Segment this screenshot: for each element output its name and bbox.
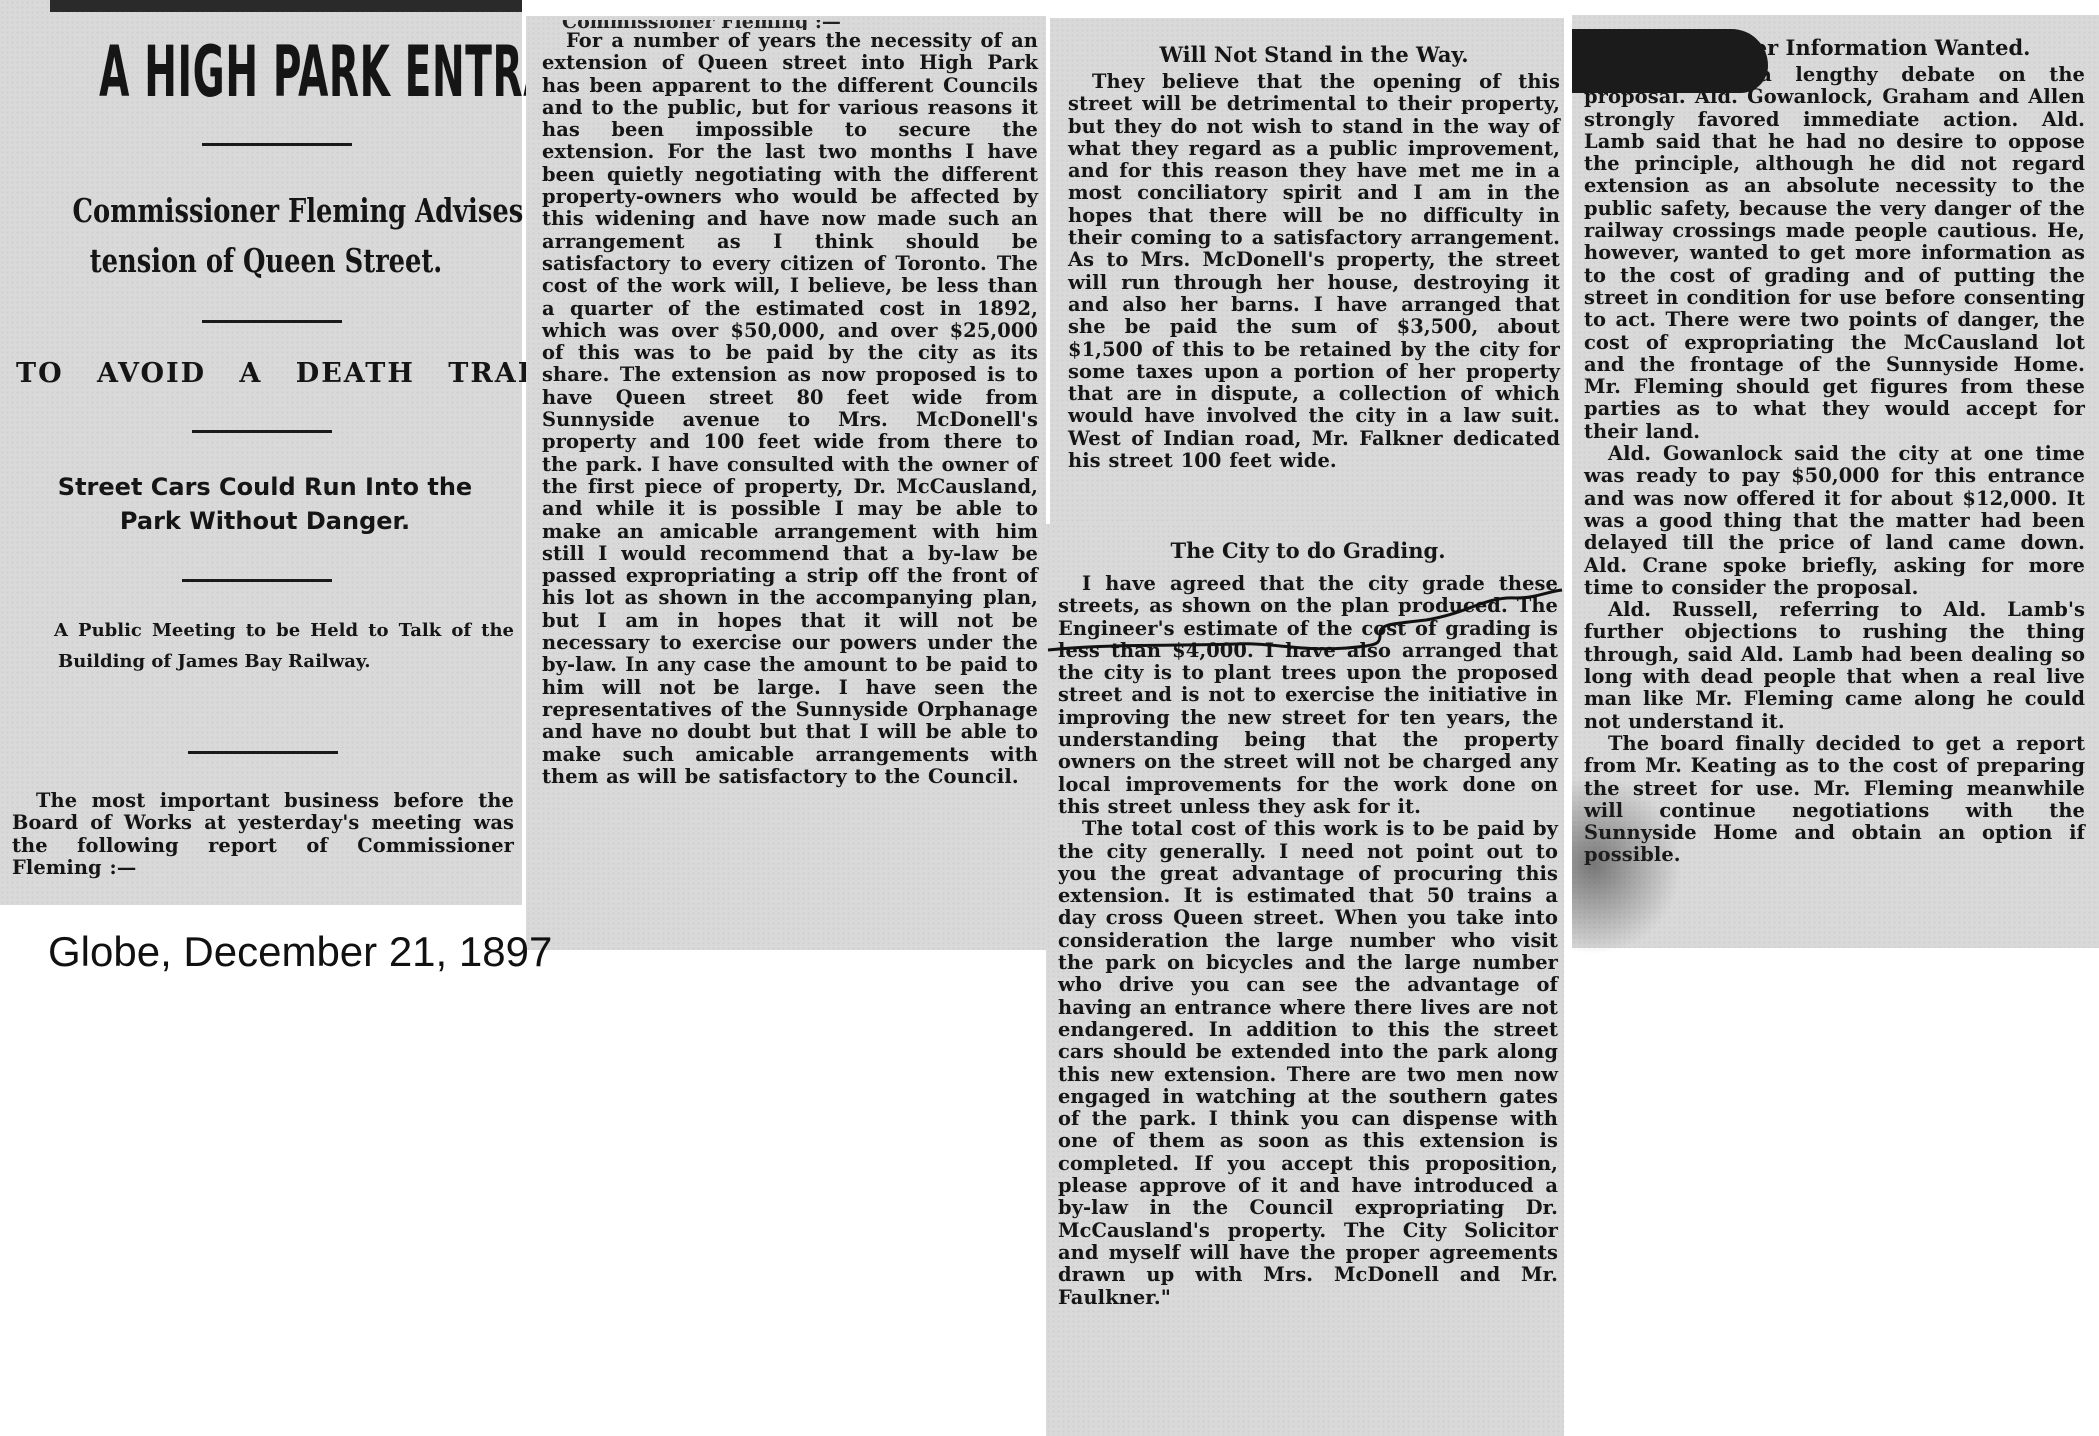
clipping-column-4: her Information Wanted. There was a leng… [1572,15,2099,948]
deck-line: Park Without Danger. [16,504,514,538]
deck-line: Street Cars Could Run Into the [16,470,514,504]
paragraph: I have agreed that the city grade these … [1058,573,1558,818]
paragraph: Ald. Russell, referring to Ald. Lamb's f… [1584,599,2085,733]
divider-rule [202,143,352,146]
ink-blot [1572,29,1768,93]
divider-rule [188,751,338,754]
subhead-city-grading: The City to do Grading. [1058,538,1558,563]
divider-rule [192,430,332,433]
deck-public-meeting: A Public Meeting to be Held to Talk of t… [18,615,514,677]
subhead-will-not-stand: Will Not Stand in the Way. [1068,42,1560,67]
clipping-column-2: Commissioner Fleming :— For a number of … [526,16,1046,950]
top-rule [50,0,522,12]
divider-rule [202,320,342,323]
headline: A HIGH PARK ENTRANCE. [99,32,423,112]
paragraph: The total cost of this work is to be pai… [1058,818,1558,1309]
divider-rule [182,579,332,582]
report-paragraph: For a number of years the necessity of a… [542,30,1038,788]
deck-death-trap: TO AVOID A DEATH TRAP. [16,358,518,389]
paragraph: Ald. Gowanlock said the city at one time… [1584,443,2085,599]
deck-line: tension of Queen Street. [73,236,460,286]
clipped-line [1068,22,1560,28]
paragraph: They believe that the opening of this st… [1068,71,1560,472]
clipping-column-1: A HIGH PARK ENTRANCE. Commissioner Flemi… [0,0,522,905]
paragraph: There was a lengthy debate on the propos… [1584,64,2085,443]
deck-commissioner: Commissioner Fleming Advises Ex- tension… [73,186,460,286]
deck-street-cars: Street Cars Could Run Into the Park With… [16,470,514,538]
deck-line: Commissioner Fleming Advises Ex- [73,186,460,236]
paragraph: The board finally decided to get a repor… [1584,733,2085,867]
clipping-column-3-top: Will Not Stand in the Way. They believe … [1050,18,1564,524]
intro-paragraph: The most important business before the B… [12,790,514,879]
source-caption: Globe, December 21, 1897 [48,928,552,976]
clipping-column-3-bottom: The City to do Grading. I have agreed th… [1046,524,1564,1436]
